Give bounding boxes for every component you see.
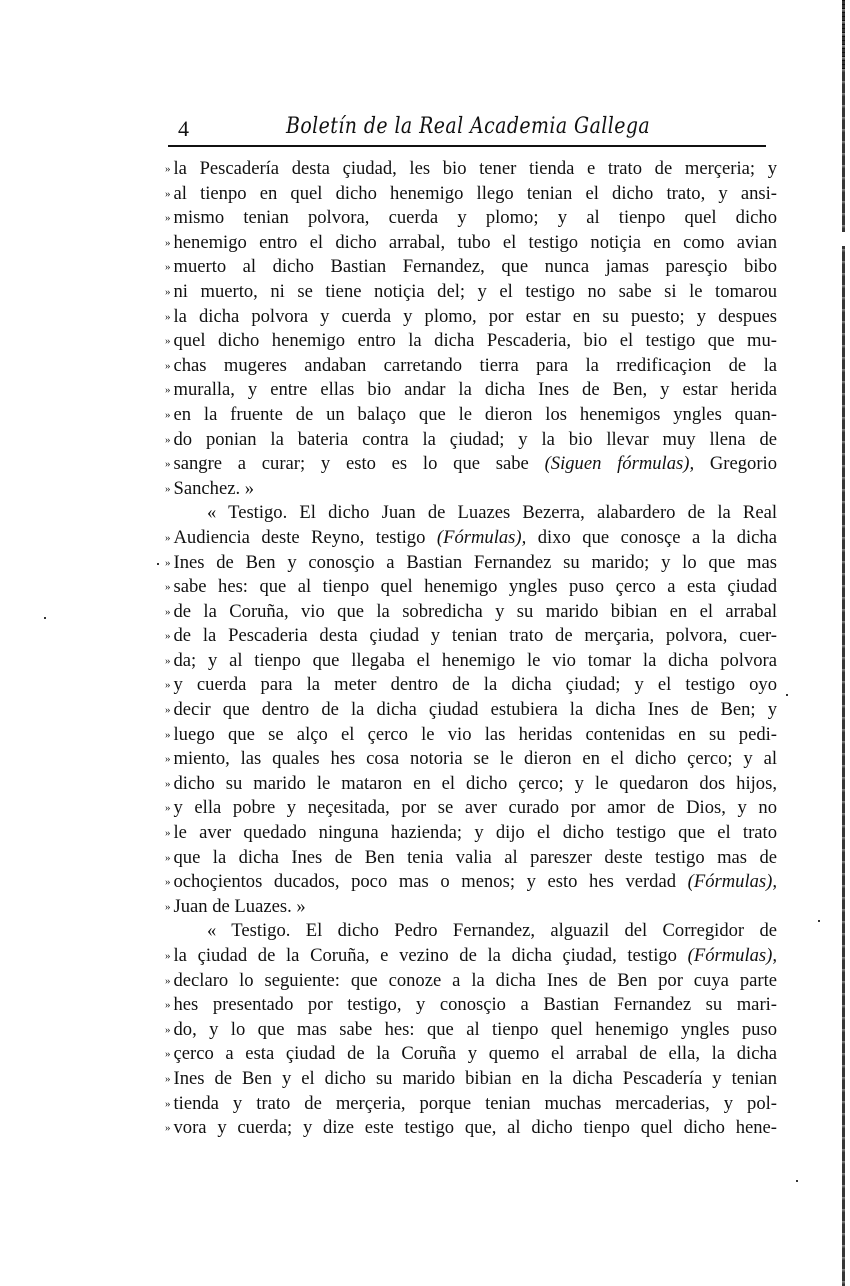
- line-text: le aver quedado ninguna hazienda; y dijo…: [174, 822, 778, 843]
- quote-mark: »: [165, 434, 171, 446]
- line-text: Ines de Ben y el dicho su marido bibian …: [174, 1068, 778, 1089]
- line-tail: Gregorio: [710, 453, 777, 474]
- line-text: declaro lo seguiente: que conoze a la di…: [174, 970, 778, 991]
- quote-mark: »: [165, 335, 171, 347]
- text-line: »decir que dentro de la dicha çiudad est…: [165, 698, 777, 723]
- scan-edge-gap: [840, 232, 848, 246]
- scan-speck: [786, 694, 788, 696]
- quote-mark: »: [165, 630, 171, 642]
- text-line: »de la Pescaderia desta çiudad y tenian …: [165, 624, 777, 649]
- text-line: »Audiencia deste Reyno, testigo (Fórmula…: [165, 526, 777, 551]
- text-line: »muerto al dicho Bastian Fernandez, que …: [165, 255, 777, 280]
- quote-mark: »: [165, 778, 171, 790]
- quote-mark: »: [165, 483, 171, 495]
- italic-formula: (Fórmulas),: [688, 945, 777, 966]
- line-text: muralla, y entre ellas bio andar la dich…: [174, 379, 778, 400]
- line-text: sabe hes: que al tienpo quel henemigo yn…: [174, 576, 778, 597]
- italic-formula: (Siguen fórmulas),: [545, 453, 695, 474]
- quote-mark: »: [165, 409, 171, 421]
- quote-mark: »: [165, 950, 171, 962]
- text-line: »do ponian la bateria contra la çiudad; …: [165, 428, 777, 453]
- text-line: »la Pescadería desta çiudad, les bio ten…: [165, 157, 777, 182]
- quote-mark: »: [165, 876, 171, 888]
- line-text: decir que dentro de la dicha çiudad estu…: [174, 699, 778, 720]
- line-text: de la Pescaderia desta çiudad y tenian t…: [174, 625, 778, 646]
- quote-mark: »: [165, 188, 171, 200]
- line-text: tienda y trato de merçeria, porque tenia…: [174, 1093, 778, 1114]
- text-line: »chas mugeres andaban carretando tierra …: [165, 354, 777, 379]
- line-text: « Testigo. El dicho Juan de Luazes Bezer…: [207, 502, 777, 523]
- text-line: »sabe hes: que al tienpo quel henemigo y…: [165, 575, 777, 600]
- quote-mark: »: [165, 212, 171, 224]
- text-line: »ochoçientos ducados, poco mas o menos; …: [165, 870, 777, 895]
- line-text: la çiudad de la Coruña, e vezino de la d…: [174, 945, 677, 966]
- text-line: »da; y al tienpo que llegaba el henemigo…: [165, 649, 777, 674]
- line-text: da; y al tienpo que llegaba el henemigo …: [174, 650, 778, 671]
- quote-mark: »: [165, 458, 171, 470]
- text-line: »do, y lo que mas sabe hes: que al tienp…: [165, 1018, 777, 1043]
- italic-formula: (Fórmulas),: [688, 871, 777, 892]
- line-text: Ines de Ben y conosçio a Bastian Fernand…: [174, 552, 778, 573]
- text-line: »mismo tenian polvora, cuerda y plomo; y…: [165, 206, 777, 231]
- quote-mark: »: [165, 679, 171, 691]
- scan-speck: [796, 1180, 798, 1182]
- text-line: »henemigo entro el dicho arrabal, tubo e…: [165, 231, 777, 256]
- quote-mark: »: [165, 827, 171, 839]
- text-line: »al tienpo en quel dicho henemigo llego …: [165, 182, 777, 207]
- quote-mark: »: [165, 999, 171, 1011]
- scan-edge-border: [842, 0, 845, 1286]
- text-line: »tienda y trato de merçeria, porque teni…: [165, 1092, 777, 1117]
- quote-mark: »: [165, 557, 171, 569]
- scan-speck: [44, 617, 46, 619]
- quote-mark: »: [165, 532, 171, 544]
- text-line: »que la dicha Ines de Ben tenia valia al…: [165, 846, 777, 871]
- italic-formula: (Fórmulas),: [437, 527, 526, 548]
- scan-speck: [157, 563, 159, 565]
- quote-mark: »: [165, 261, 171, 273]
- quote-mark: »: [165, 606, 171, 618]
- text-line: « Testigo. El dicho Pedro Fernandez, alg…: [165, 919, 777, 944]
- line-text: dicho su marido le mataron en el dicho ç…: [174, 773, 778, 794]
- text-line: »hes presentado por testigo, y conosçio …: [165, 993, 777, 1018]
- page-number: 4: [178, 116, 189, 142]
- line-text: Sanchez. »: [174, 478, 255, 499]
- text-line: »vora y cuerda; y dize este testigo que,…: [165, 1116, 777, 1141]
- line-text: henemigo entro el dicho arrabal, tubo el…: [174, 232, 778, 253]
- quote-mark: »: [165, 581, 171, 593]
- text-line: »Ines de Ben y conosçio a Bastian Fernan…: [165, 551, 777, 576]
- scanned-page: 4 Boletín de la Real Academia Gallega »l…: [0, 0, 850, 1286]
- quote-mark: »: [165, 1122, 171, 1134]
- quote-mark: »: [165, 237, 171, 249]
- line-tail: dixo que conosçe a la dicha: [538, 527, 777, 548]
- quote-mark: »: [165, 1048, 171, 1060]
- quote-mark: »: [165, 384, 171, 396]
- text-line: »çerco a esta çiudad de la Coruña y quem…: [165, 1042, 777, 1067]
- text-line: « Testigo. El dicho Juan de Luazes Bezer…: [165, 501, 777, 526]
- line-text: y ella pobre y neçesitada, por se aver c…: [174, 797, 778, 818]
- scan-edge-border-top: [842, 0, 845, 70]
- line-text: çerco a esta çiudad de la Coruña y quemo…: [174, 1043, 778, 1064]
- scan-speck: [818, 920, 820, 922]
- text-line: »Juan de Luazes. »: [165, 895, 777, 920]
- text-line: »la çiudad de la Coruña, e vezino de la …: [165, 944, 777, 969]
- header-rule: [168, 145, 766, 147]
- quote-mark: »: [165, 311, 171, 323]
- quote-mark: »: [165, 286, 171, 298]
- text-line: »Ines de Ben y el dicho su marido bibian…: [165, 1067, 777, 1092]
- text-line: »le aver quedado ninguna hazienda; y dij…: [165, 821, 777, 846]
- line-text: y cuerda para la meter dentro de la dich…: [174, 674, 778, 695]
- line-text: « Testigo. El dicho Pedro Fernandez, alg…: [207, 920, 777, 941]
- quote-mark: »: [165, 753, 171, 765]
- quote-mark: »: [165, 901, 171, 913]
- line-text: Juan de Luazes. »: [174, 896, 306, 917]
- line-text: do, y lo que mas sabe hes: que al tienpo…: [174, 1019, 778, 1040]
- line-text: ni muerto, ni se tiene notiçia del; y el…: [174, 281, 778, 302]
- line-text: sangre a curar; y esto es lo que sabe: [174, 453, 529, 474]
- line-text: al tienpo en quel dicho henemigo llego t…: [174, 183, 778, 204]
- line-text: en la fruente de un balaço que le dieron…: [174, 404, 778, 425]
- text-line: »luego que se alço el çerco le vio las h…: [165, 723, 777, 748]
- journal-title: Boletín de la Real Academia Gallega: [286, 114, 650, 139]
- line-text: muerto al dicho Bastian Fernandez, que n…: [174, 256, 778, 277]
- quote-mark: »: [165, 704, 171, 716]
- line-text: mismo tenian polvora, cuerda y plomo; y …: [174, 207, 778, 228]
- line-text: ochoçientos ducados, poco mas o menos; y…: [174, 871, 677, 892]
- quote-mark: »: [165, 852, 171, 864]
- quote-mark: »: [165, 1073, 171, 1085]
- quote-mark: »: [165, 802, 171, 814]
- line-text: que la dicha Ines de Ben tenia valia al …: [174, 847, 778, 868]
- line-text: do ponian la bateria contra la çiudad; y…: [174, 429, 778, 450]
- quote-mark: »: [165, 1098, 171, 1110]
- line-text: de la Coruña, vio que la sobredicha y su…: [174, 601, 778, 622]
- text-line: »de la Coruña, vio que la sobredicha y s…: [165, 600, 777, 625]
- text-line: »muralla, y entre ellas bio andar la dic…: [165, 378, 777, 403]
- text-line: »y ella pobre y neçesitada, por se aver …: [165, 796, 777, 821]
- body-text: »la Pescadería desta çiudad, les bio ten…: [165, 157, 777, 1141]
- line-text: luego que se alço el çerco le vio las he…: [174, 724, 778, 745]
- text-line: »la dicha polvora y cuerda y plomo, por …: [165, 305, 777, 330]
- quote-mark: »: [165, 163, 171, 175]
- line-text: chas mugeres andaban carretando tierra p…: [174, 355, 778, 376]
- running-head: 4 Boletín de la Real Academia Gallega: [168, 112, 766, 146]
- quote-mark: »: [165, 729, 171, 741]
- quote-mark: »: [165, 360, 171, 372]
- line-text: vora y cuerda; y dize este testigo que, …: [174, 1117, 778, 1138]
- quote-mark: »: [165, 655, 171, 667]
- text-line: »miento, las quales hes cosa notoria se …: [165, 747, 777, 772]
- line-text: hes presentado por testigo, y conosçio a…: [174, 994, 778, 1015]
- text-line: »declaro lo seguiente: que conoze a la d…: [165, 969, 777, 994]
- line-text: miento, las quales hes cosa notoria se l…: [174, 748, 778, 769]
- line-text: quel dicho henemigo entro la dicha Pesca…: [174, 330, 778, 351]
- quote-mark: »: [165, 1024, 171, 1036]
- quote-mark: »: [165, 975, 171, 987]
- line-text: la Pescadería desta çiudad, les bio tene…: [174, 158, 778, 179]
- text-line: »dicho su marido le mataron en el dicho …: [165, 772, 777, 797]
- text-line: »y cuerda para la meter dentro de la dic…: [165, 673, 777, 698]
- text-line: »sangre a curar; y esto es lo que sabe (…: [165, 452, 777, 477]
- line-text: la dicha polvora y cuerda y plomo, por e…: [174, 306, 778, 327]
- text-line: »Sanchez. »: [165, 477, 777, 502]
- text-line: »ni muerto, ni se tiene notiçia del; y e…: [165, 280, 777, 305]
- line-text: Audiencia deste Reyno, testigo: [174, 527, 426, 548]
- text-line: »quel dicho henemigo entro la dicha Pesc…: [165, 329, 777, 354]
- text-line: »en la fruente de un balaço que le diero…: [165, 403, 777, 428]
